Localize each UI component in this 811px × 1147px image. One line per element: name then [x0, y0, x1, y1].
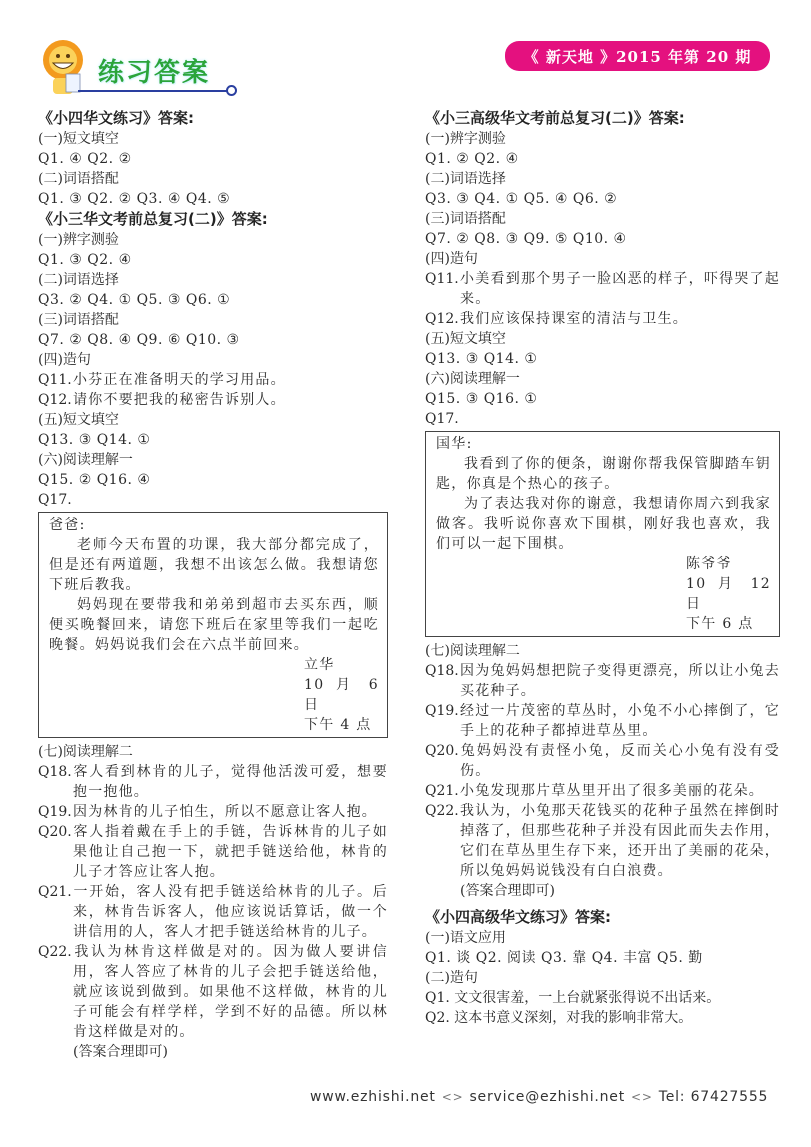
letter-time: 下午 6 点	[436, 614, 771, 634]
letter-paragraph: 我看到了你的便条，谢谢你帮我保管脚踏车钥匙，你真是个热心的孩子。	[436, 454, 771, 494]
answer-line: Q3. ② Q4. ① Q5. ③ Q6. ①	[38, 290, 388, 310]
answer-line: Q7. ② Q8. ③ Q9. ⑤ Q10. ④	[425, 229, 780, 249]
logo-underline	[78, 90, 228, 92]
answer-line: Q1. 谈 Q2. 阅读 Q3. 靠 Q4. 丰富 Q5. 勤	[425, 948, 780, 968]
answer-item: Q20.兔妈妈没有责怪小兔，反而关心小兔有没有受伤。	[425, 741, 780, 781]
answer-line: Q13. ③ Q14. ①	[38, 430, 388, 450]
answer-item: Q21.一开始，客人没有把手链送给林肯的儿子。后来，林肯告诉客人，他应该说话算话…	[38, 882, 388, 942]
answer-note: (答案合理即可)	[425, 881, 780, 901]
part-title: (四)造句	[425, 249, 780, 269]
answer-item: Q12.请你不要把我的秘密告诉别人。	[38, 390, 388, 410]
separator-icon: <>	[631, 1090, 653, 1104]
part-title: (六)阅读理解一	[38, 450, 388, 470]
logo: 练习答案	[38, 38, 248, 98]
answer-item: Q12.我们应该保持课室的清洁与卫生。	[425, 309, 780, 329]
answer-line: Q1. ② Q2. ④	[425, 149, 780, 169]
letter-time: 下午 4 点	[49, 715, 379, 735]
part-title: (六)阅读理解一	[425, 369, 780, 389]
part-title: (一)辨字测验	[425, 129, 780, 149]
question-number: Q17.	[38, 490, 388, 510]
part-title: (三)词语搭配	[425, 209, 780, 229]
answer-item: Q19.经过一片茂密的草丛时，小兔不小心摔倒了，它手上的花种子都掉进草丛里。	[425, 701, 780, 741]
logo-dot-icon	[226, 85, 237, 96]
letter-box: 爸爸: 老师今天布置的功课，我大部分都完成了，但是还有两道题，我想不出该怎么做。…	[38, 512, 388, 738]
part-title: (五)短文填空	[38, 410, 388, 430]
part-title: (一)语文应用	[425, 928, 780, 948]
letter-paragraph: 妈妈现在要带我和弟弟到超市去买东西，顺便买晚餐回来，请您下班后在家里等我们一起吃…	[49, 595, 379, 655]
answer-line: Q1. ④ Q2. ②	[38, 149, 388, 169]
answer-item: Q18.因为兔妈妈想把院子变得更漂亮，所以让小兔去买花种子。	[425, 661, 780, 701]
answer-item: Q20.客人指着戴在手上的手链，告诉林肯的儿子如果他让自己抱一下，就把手链送给他…	[38, 822, 388, 882]
answer-line: Q13. ③ Q14. ①	[425, 349, 780, 369]
letter-salutation: 国华:	[436, 434, 771, 454]
letter-salutation: 爸爸:	[49, 515, 379, 535]
answer-line: Q15. ③ Q16. ①	[425, 389, 780, 409]
logo-title: 练习答案	[98, 52, 210, 89]
part-title: (三)词语搭配	[38, 310, 388, 330]
answer-item: Q11.小芬正在准备明天的学习用品。	[38, 370, 388, 390]
question-number: Q17.	[425, 409, 780, 429]
part-title: (二)词语搭配	[38, 169, 388, 189]
left-column: 《小四华文练习》答案: (一)短文填空 Q1. ④ Q2. ② (二)词语搭配 …	[38, 108, 388, 1062]
part-title: (七)阅读理解二	[38, 742, 388, 762]
issue-badge: 《 新天地 》2015 年第 20 期	[505, 41, 770, 71]
part-title: (一)短文填空	[38, 129, 388, 149]
part-title: (一)辨字测验	[38, 230, 388, 250]
part-title: (二)词语选择	[425, 169, 780, 189]
part-title: (二)词语选择	[38, 270, 388, 290]
letter-box: 国华: 我看到了你的便条，谢谢你帮我保管脚踏车钥匙，你真是个热心的孩子。 为了表…	[425, 431, 780, 637]
letter-date: 10 月 6 日	[49, 675, 379, 715]
section-title: 《小三华文考前总复习(二)》答案:	[38, 209, 388, 230]
answer-item: Q18.客人看到林肯的儿子，觉得他活泼可爱，想要抱一抱他。	[38, 762, 388, 802]
letter-signature: 立华	[49, 655, 379, 675]
answer-item: Q21.小兔发现那片草丛里开出了很多美丽的花朵。	[425, 781, 780, 801]
footer-contact: www.ezhishi.net<>service@ezhishi.net<>Te…	[310, 1089, 768, 1105]
answer-item: Q1. 文文很害羞，一上台就紧张得说不出话来。	[425, 988, 780, 1008]
answer-line: Q1. ③ Q2. ② Q3. ④ Q4. ⑤	[38, 189, 388, 209]
lion-mascot-icon	[38, 38, 88, 96]
letter-date: 10 月 12 日	[436, 574, 771, 614]
separator-icon: <>	[442, 1090, 464, 1104]
website-link[interactable]: www.ezhishi.net	[310, 1089, 436, 1105]
letter-signature: 陈爷爷	[436, 554, 771, 574]
answer-line: Q15. ② Q16. ④	[38, 470, 388, 490]
letter-paragraph: 为了表达我对你的谢意，我想请你周六到我家做客。我听说你喜欢下围棋，刚好我也喜欢，…	[436, 494, 771, 554]
section-title: 《小四华文练习》答案:	[38, 108, 388, 129]
answer-item: Q22.我认为，小兔那天花钱买的花种子虽然在摔倒时掉落了，但那些花种子并没有因此…	[425, 801, 780, 881]
telephone: Tel: 67427555	[659, 1089, 769, 1105]
answer-item: Q2. 这本书意义深刻，对我的影响非常大。	[425, 1008, 780, 1028]
email-link[interactable]: service@ezhishi.net	[469, 1089, 625, 1105]
answer-item: Q19.因为林肯的儿子怕生，所以不愿意让客人抱。	[38, 802, 388, 822]
answer-line: Q7. ② Q8. ④ Q9. ⑥ Q10. ③	[38, 330, 388, 350]
part-title: (七)阅读理解二	[425, 641, 780, 661]
answer-line: Q1. ③ Q2. ④	[38, 250, 388, 270]
right-column: 《小三高级华文考前总复习(二)》答案: (一)辨字测验 Q1. ② Q2. ④ …	[425, 108, 780, 1028]
part-title: (二)造句	[425, 968, 780, 988]
letter-paragraph: 老师今天布置的功课，我大部分都完成了，但是还有两道题，我想不出该怎么做。我想请您…	[49, 535, 379, 595]
part-title: (五)短文填空	[425, 329, 780, 349]
section-title: 《小三高级华文考前总复习(二)》答案:	[425, 108, 780, 129]
part-title: (四)造句	[38, 350, 388, 370]
answer-item: Q22.我认为林肯这样做是对的。因为做人要讲信用，客人答应了林肯的儿子会把手链送…	[38, 942, 388, 1042]
answer-line: Q3. ③ Q4. ① Q5. ④ Q6. ②	[425, 189, 780, 209]
section-title: 《小四高级华文练习》答案:	[425, 907, 780, 928]
answer-note: (答案合理即可)	[38, 1042, 388, 1062]
answer-item: Q11.小美看到那个男子一脸凶恶的样子，吓得哭了起来。	[425, 269, 780, 309]
